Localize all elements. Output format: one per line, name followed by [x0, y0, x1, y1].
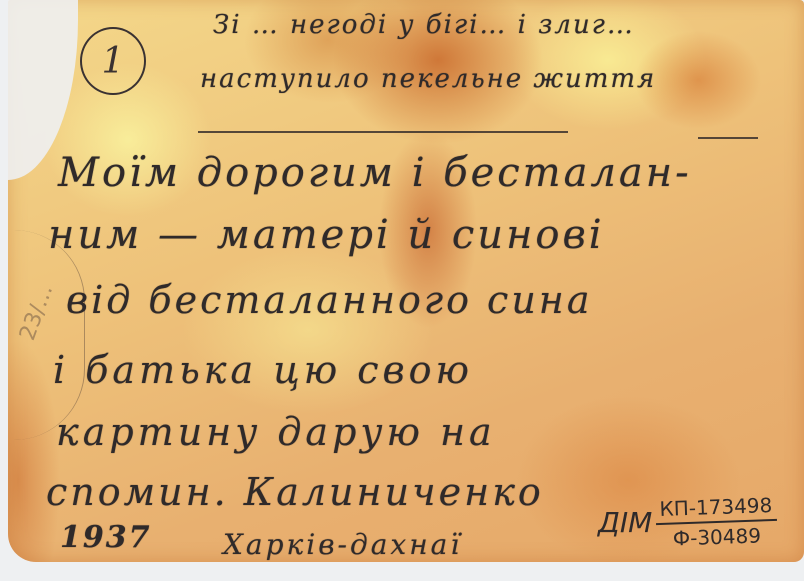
- divider-line-short: [698, 137, 758, 139]
- page-number-marker: 1: [80, 27, 146, 95]
- fund-number: Ф-30489: [673, 521, 762, 550]
- place: Харків-дахнаї: [223, 528, 462, 561]
- divider-line: [198, 131, 568, 133]
- header-line-1: Зі … негоді у бігі… і злиг…: [213, 10, 635, 40]
- page-number: 1: [102, 41, 125, 82]
- body-line-2: ним — матері й синові: [48, 212, 605, 258]
- archive-stamp: ДІМ КП-173498 Ф-30489: [598, 495, 777, 549]
- date: 1937: [60, 520, 152, 555]
- body-line-4: і батька цю свою: [53, 348, 473, 392]
- body-line-5: картину дарую на: [56, 410, 496, 454]
- document-paper: 1 Зі … негоді у бігі… і злиг… наступило …: [8, 0, 804, 562]
- body-line-1: Моїм дорогим і бесталан-: [58, 150, 692, 196]
- body-line-6-signature: спомин. Калиниченко: [46, 470, 544, 514]
- inventory-number: КП-173498: [655, 493, 777, 525]
- header-line-2: наступило пекельне життя: [200, 64, 656, 94]
- institution-code: ДІМ: [598, 506, 652, 539]
- inventory-fraction: КП-173498 Ф-30489: [655, 493, 778, 551]
- body-line-3: від бесталанного сина: [66, 278, 592, 322]
